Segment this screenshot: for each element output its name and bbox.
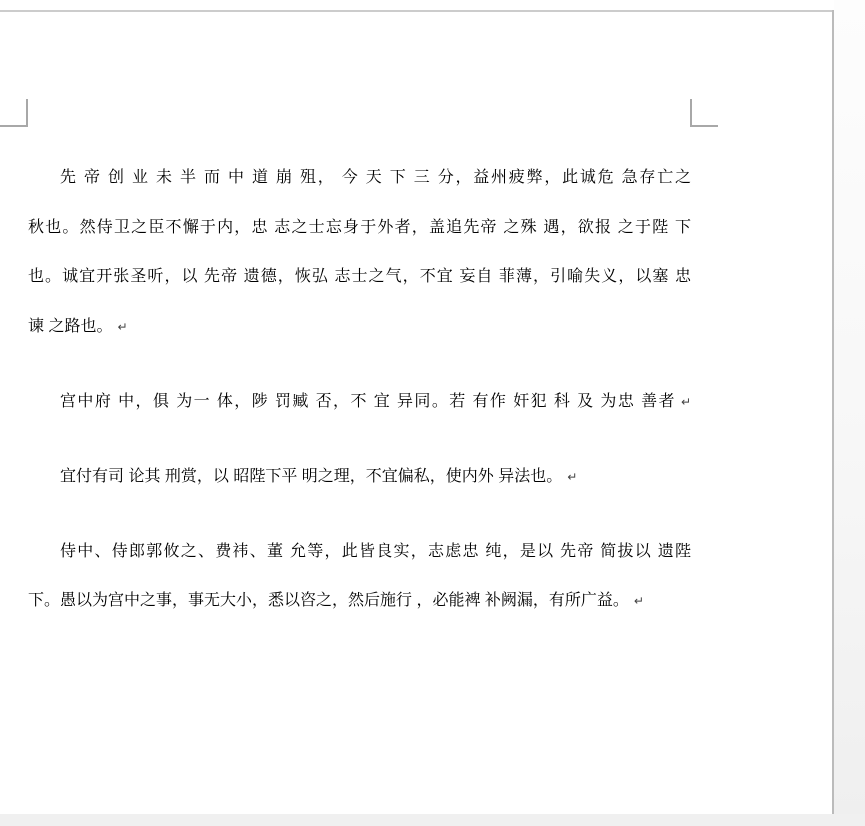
page-edge-top <box>0 10 834 12</box>
text-line[interactable]: 秋也。然侍卫之臣不懈于内，忠 志之士忘身于外者，盖追先帝 之殊 遇，欲报 之于陛… <box>28 203 691 253</box>
paragraph-3: 宜付有司 论其 刑赏，以 昭陛下平 明之理，不宜偏私，使内外 异法也。↵ <box>28 452 691 502</box>
text-line[interactable]: 先 帝 创 业 未 半 而 中 道 崩 殂， 今 天 下 三 分，益州疲弊，此诚… <box>28 153 691 203</box>
word-processor-window: { "app": { "page_background": "#ffffff",… <box>0 0 865 826</box>
margin-corner-mark-right <box>690 99 718 127</box>
text-line[interactable]: 也。诚宜开张圣听，以 先帝 遗德，恢弘 志士之气，不宜 妄自 菲薄，引喻失义，以… <box>28 252 691 302</box>
paragraph-mark-icon: ↵ <box>117 320 127 334</box>
text-line[interactable]: 谏 之路也。↵ <box>28 302 691 352</box>
line-text: 秋也。然侍卫之臣不懈于内，忠 志之士忘身于外者，盖追先帝 之殊 遇，欲报 之于陛… <box>28 219 691 236</box>
line-text: 宫中府 中，俱 为一 体，陟 罚臧 否，不 宜 异同。若 有作 奸犯 科 及 为… <box>60 393 676 410</box>
paragraph-4: 侍中、侍郎郭攸之、费祎、董 允等，此皆良实，志虑忠 纯，是以 先帝 简拔以 遗陛… <box>28 527 691 626</box>
line-text: 先 帝 创 业 未 半 而 中 道 崩 殂， 今 天 下 三 分，益州疲弊，此诚… <box>60 169 691 186</box>
margin-corner-mark-left <box>0 99 28 127</box>
paragraph-mark-icon: ↵ <box>681 395 691 409</box>
paragraph-mark-icon: ↵ <box>567 470 577 484</box>
text-line[interactable]: 宜付有司 论其 刑赏，以 昭陛下平 明之理，不宜偏私，使内外 异法也。↵ <box>28 452 691 502</box>
text-line[interactable]: 侍中、侍郎郭攸之、费祎、董 允等，此皆良实，志虑忠 纯，是以 先帝 简拔以 遗陛 <box>28 527 691 577</box>
canvas-strip-bottom <box>0 814 865 826</box>
paragraph-mark-icon: ↵ <box>634 594 644 608</box>
line-text: 下。愚以为宫中之事，事无大小，悉以咨之，然后施行 ，必能裨 补阙漏，有所广益。 <box>28 592 629 609</box>
paragraph-2: 宫中府 中，俱 为一 体，陟 罚臧 否，不 宜 异同。若 有作 奸犯 科 及 为… <box>28 377 691 427</box>
line-text: 谏 之路也。 <box>28 318 112 335</box>
paragraph-1: 先 帝 创 业 未 半 而 中 道 崩 殂， 今 天 下 三 分，益州疲弊，此诚… <box>28 153 691 351</box>
text-line[interactable]: 下。愚以为宫中之事，事无大小，悉以咨之，然后施行 ，必能裨 补阙漏，有所广益。↵ <box>28 576 691 626</box>
text-line[interactable]: 宫中府 中，俱 为一 体，陟 罚臧 否，不 宜 异同。若 有作 奸犯 科 及 为… <box>28 377 691 427</box>
line-text: 也。诚宜开张圣听，以 先帝 遗德，恢弘 志士之气，不宜 妄自 菲薄，引喻失义，以… <box>28 268 691 285</box>
document-text-area[interactable]: 先 帝 创 业 未 半 而 中 道 崩 殂， 今 天 下 三 分，益州疲弊，此诚… <box>28 153 691 626</box>
page-edge-right <box>832 10 834 816</box>
line-text: 宜付有司 论其 刑赏，以 昭陛下平 明之理，不宜偏私，使内外 异法也。 <box>60 468 562 485</box>
line-text: 侍中、侍郎郭攸之、费祎、董 允等，此皆良实，志虑忠 纯，是以 先帝 简拔以 遗陛 <box>60 543 691 560</box>
canvas-gutter-right <box>834 0 865 814</box>
